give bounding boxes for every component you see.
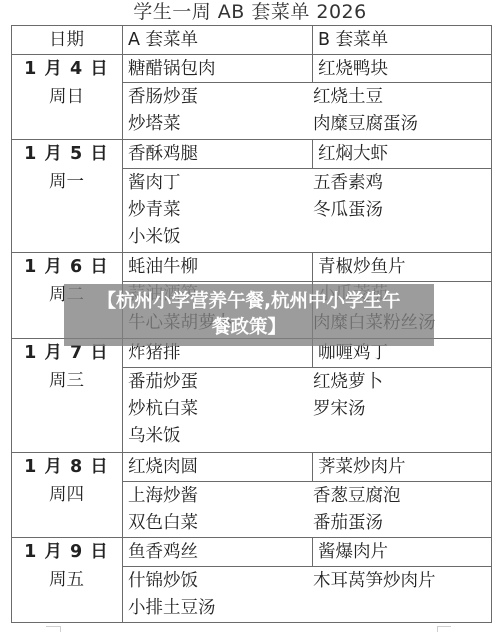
col-divider-ab <box>312 452 313 481</box>
day-date: 1 月 5 日 周一 <box>11 140 122 196</box>
crop-mark <box>60 626 61 632</box>
day-date: 1 月 4 日 周日 <box>11 55 122 111</box>
overlay-line-1: 【杭州小学营养午餐,杭州中小学生午 <box>64 289 434 315</box>
dish-b: 罗宋汤 <box>313 395 366 423</box>
header-date: 日期 <box>11 26 122 54</box>
dish-a: 糖醋锅包肉 <box>128 55 216 83</box>
crop-mark <box>437 626 451 627</box>
dish-a: 番茄炒蛋 <box>128 368 198 396</box>
date-label: 1 月 6 日 <box>11 253 122 281</box>
dish-a: 蚝油牛柳 <box>128 253 198 281</box>
caption-overlay: 【杭州小学营养午餐,杭州中小学生午 餐政策】 <box>64 284 434 346</box>
date-label: 1 月 8 日 <box>11 453 122 481</box>
menu-title: 学生一周 AB 套菜单 2026 <box>0 0 500 25</box>
col-divider-ab-header <box>312 25 313 54</box>
dish-b: 肉糜豆腐蛋汤 <box>313 110 418 138</box>
dish-b: 木耳莴笋炒肉片 <box>313 567 436 595</box>
dish-b: 冬瓜蛋汤 <box>313 196 383 224</box>
header-menu-a: A 套菜单 <box>128 26 198 54</box>
dish-a: 炒塔菜 <box>128 110 181 138</box>
day-date: 1 月 9 日 周五 <box>11 538 122 594</box>
crop-mark <box>46 626 60 627</box>
dish-b: 五香素鸡 <box>313 169 383 197</box>
weekday-label: 周三 <box>11 367 122 395</box>
dish-b: 红焖大虾 <box>318 140 388 168</box>
day-date: 1 月 7 日 周三 <box>11 339 122 395</box>
dish-a: 小排土豆汤 <box>128 594 216 622</box>
dish-a: 红烧肉圆 <box>128 453 198 481</box>
dish-a: 双色白菜 <box>128 509 198 537</box>
dish-b: 青椒炒鱼片 <box>318 253 406 281</box>
dish-b: 红烧鸭块 <box>318 55 388 83</box>
col-divider-ab <box>312 54 313 82</box>
dish-a: 什锦炒饭 <box>128 567 198 595</box>
day-date: 1 月 8 日 周四 <box>11 453 122 509</box>
weekday-label: 周五 <box>11 566 122 594</box>
date-label: 1 月 9 日 <box>11 538 122 566</box>
date-label: 1 月 5 日 <box>11 140 122 168</box>
dish-a: 乌米饭 <box>128 422 181 450</box>
col-divider-ab <box>312 537 313 566</box>
weekday-label: 周一 <box>11 168 122 196</box>
dish-a: 炒青菜 <box>128 196 181 224</box>
dish-b: 番茄蛋汤 <box>313 509 383 537</box>
dish-a: 鱼香鸡丝 <box>128 538 198 566</box>
dish-a: 香酥鸡腿 <box>128 140 198 168</box>
dish-a: 上海炒酱 <box>128 482 198 510</box>
dish-a: 小米饭 <box>128 223 181 251</box>
date-label: 1 月 4 日 <box>11 55 122 83</box>
header-menu-b: B 套菜单 <box>318 26 388 54</box>
dish-a: 香肠炒蛋 <box>128 83 198 111</box>
overlay-line-2: 餐政策】 <box>64 315 434 341</box>
dish-a: 炒杭白菜 <box>128 395 198 423</box>
dish-b: 香葱豆腐泡 <box>313 482 401 510</box>
dish-a: 酱肉丁 <box>128 169 181 197</box>
weekday-label: 周四 <box>11 481 122 509</box>
dish-b: 酱爆肉片 <box>318 538 388 566</box>
dish-b: 红烧土豆 <box>313 83 383 111</box>
dish-b: 红烧萝卜 <box>313 368 383 396</box>
col-divider-ab <box>312 139 313 168</box>
weekday-label: 周日 <box>11 83 122 111</box>
dish-b: 荠菜炒肉片 <box>318 453 406 481</box>
